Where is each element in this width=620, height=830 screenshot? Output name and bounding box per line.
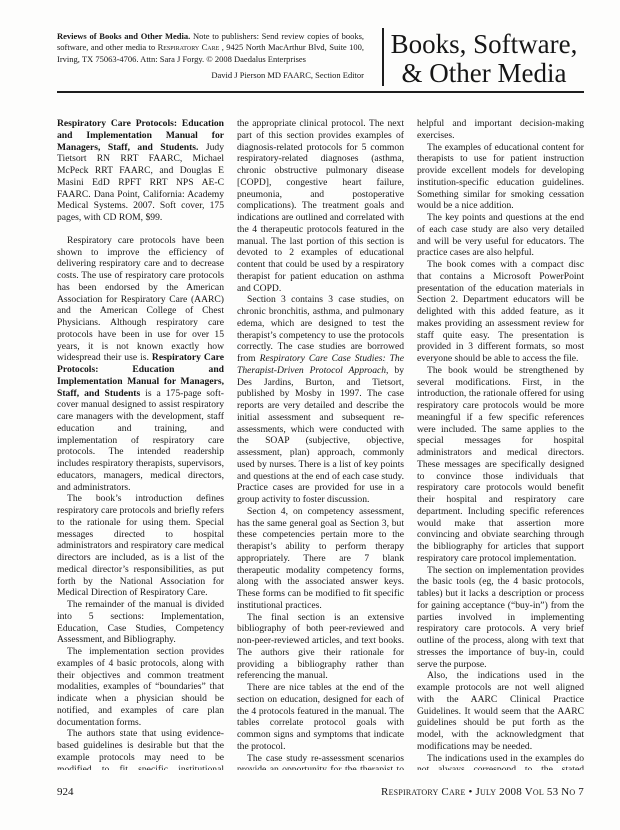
section-title-line2: & Other Media (384, 59, 584, 88)
paragraph: helpful and important decision-making ex… (417, 118, 584, 142)
text-segment: The implementation section provides exam… (57, 646, 224, 728)
publisher-note: Reviews of Books and Other Media. Note t… (57, 31, 364, 65)
journal-footer-line: Respiratory Care • July 2008 Vol 53 No 7 (381, 786, 584, 798)
text-segment: is a 175-page soft-cover manual designed… (57, 388, 224, 493)
paragraph: The book comes with a compact disc that … (417, 259, 584, 365)
section-editor: David J Pierson MD FAARC, Section Editor (57, 70, 364, 81)
text-column-1: Respiratory Care Protocols: Education an… (57, 118, 224, 770)
text-segment: The book’s introduction defines respirat… (57, 493, 224, 598)
publisher-note-block: Reviews of Books and Other Media. Note t… (57, 28, 364, 88)
paragraph: the appropriate clinical protocol. The n… (237, 118, 404, 294)
section-title: Books, Software, & Other Media (384, 28, 584, 88)
text-segment: The authors state that using evidence-ba… (57, 728, 224, 770)
paragraph: The book’s introduction defines respirat… (57, 493, 224, 599)
text-segment: There are nice tables at the end of the … (237, 682, 404, 752)
paragraph: The authors state that using evidence-ba… (57, 728, 224, 770)
text-segment: The book comes with a compact disc that … (417, 259, 584, 364)
paragraph: The final section is an extensive biblio… (237, 612, 404, 683)
paragraph: Section 3 contains 3 case studies, on ch… (237, 294, 404, 506)
book-citation: Respiratory Care Protocols: Education an… (57, 118, 224, 224)
note-lead: Reviews of Books and Other Media. (57, 31, 190, 41)
journal-name: Respiratory Care (158, 42, 220, 52)
text-segment: The final section is an extensive biblio… (237, 612, 404, 682)
paragraph: The implementation section provides exam… (57, 646, 224, 728)
text-segment: Also, the indications used in the exampl… (417, 670, 584, 752)
text-segment: The examples of educational content for … (417, 142, 584, 212)
text-column-3: helpful and important decision-making ex… (417, 118, 584, 770)
paragraph: Also, the indications used in the exampl… (417, 670, 584, 752)
text-segment: Respiratory care protocols have been sho… (57, 235, 224, 364)
text-segment: The book would be strengthened by severa… (417, 365, 584, 564)
journal-page: Reviews of Books and Other Media. Note t… (0, 0, 620, 830)
paragraph: The indications used in the examples do … (417, 753, 584, 771)
paragraph: The section on implementation provides t… (417, 565, 584, 671)
text-segment: helpful and important decision-making ex… (417, 118, 584, 141)
text-segment: The section on implementation provides t… (417, 565, 584, 670)
header-rule (57, 91, 584, 93)
text-segment: The indications used in the examples do … (417, 753, 584, 771)
masthead: Reviews of Books and Other Media. Note t… (57, 28, 584, 88)
paragraph: The case study re-assessment scenarios p… (237, 753, 404, 771)
paragraph: The examples of educational content for … (417, 142, 584, 213)
text-segment: Section 4, on competency assessment, has… (237, 506, 404, 611)
text-segment: Judy Tietsort RN RRT FAARC, Michael McPe… (57, 142, 224, 224)
section-title-line1: Books, Software, (384, 30, 584, 59)
text-segment: Respiratory Care Case Studies: The Thera… (237, 353, 404, 376)
text-column-2: the appropriate clinical protocol. The n… (237, 118, 404, 770)
paragraph: Section 4, on competency assessment, has… (237, 506, 404, 612)
text-segment: The remainder of the manual is divided i… (57, 599, 224, 645)
text-segment: the appropriate clinical protocol. The n… (237, 118, 404, 294)
paragraph: The book would be strengthened by severa… (417, 365, 584, 565)
paragraph: There are nice tables at the end of the … (237, 682, 404, 753)
page-number: 924 (57, 786, 74, 798)
article-body: Respiratory Care Protocols: Education an… (57, 118, 584, 770)
paragraph: The remainder of the manual is divided i… (57, 599, 224, 646)
paragraph: Respiratory care protocols have been sho… (57, 235, 224, 494)
text-segment: The case study re-assessment scenarios p… (237, 753, 404, 771)
paragraph: The key points and questions at the end … (417, 212, 584, 259)
text-segment: The key points and questions at the end … (417, 212, 584, 258)
page-footer: 924 Respiratory Care • July 2008 Vol 53 … (57, 786, 584, 798)
text-segment: , by Des Jardins, Burton, and Tietsort, … (237, 365, 404, 505)
